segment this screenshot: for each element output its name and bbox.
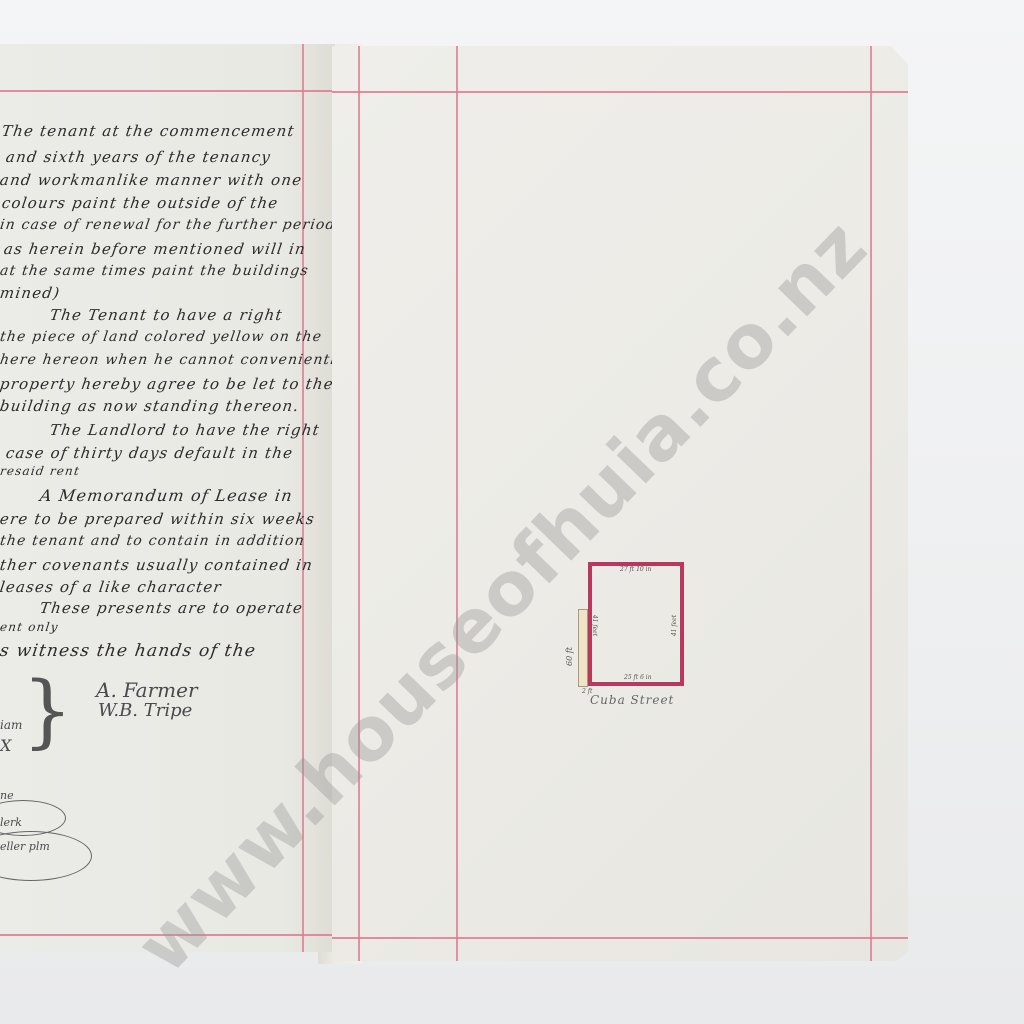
yellow-land-strip (578, 609, 588, 687)
text-line: building as now standing thereon. (0, 397, 301, 415)
text-line: at the same times paint the buildings (0, 263, 310, 279)
site-plan-outline (588, 562, 684, 686)
text-line: leases of a like character (0, 578, 223, 596)
text-line: s witness the hands of the (0, 641, 257, 661)
left-margin-rule (358, 46, 360, 961)
text-line: The tenant at the commencement (1, 122, 296, 140)
top-margin-rule (332, 91, 908, 93)
signature-farmer: A. Farmer (96, 678, 198, 702)
signature-oval (0, 831, 92, 881)
bottom-margin-rule (332, 937, 908, 939)
street-label: Cuba Street (590, 693, 674, 707)
text-line: and sixth years of the tenancy (5, 148, 273, 166)
plan-top-dimension: 27 ft 10 in (620, 566, 651, 573)
text-line: property hereby agree to be let to the (0, 375, 335, 393)
text-line: A Memorandum of Lease in (39, 486, 295, 505)
plan-bottom-dimension: 25 ft 6 in (624, 674, 652, 681)
text-line: The Landlord to have the right (49, 421, 322, 439)
text-line: ther covenants usually contained in (0, 556, 314, 574)
text-line: case of thirty days default in the (5, 444, 295, 462)
column-rule (456, 46, 458, 961)
plan-right-dimension: 41 feet (671, 615, 678, 636)
text-line: as herein before mentioned will in (3, 240, 307, 258)
text-line: These presents are to operate (39, 599, 305, 617)
text-line: the piece of land colored yellow on the (0, 329, 323, 345)
text-line: ent only (0, 620, 60, 634)
text-line: resaid rent (0, 464, 81, 478)
signature-tripe: W.B. Tripe (98, 700, 192, 721)
witness-mark: X (0, 736, 11, 755)
top-margin-rule (0, 90, 335, 92)
right-margin-rule (870, 46, 872, 961)
text-line: the tenant and to contain in addition (0, 533, 306, 549)
text-line: in case of renewal for the further perio… (0, 217, 337, 233)
text-line: mined) (0, 284, 61, 302)
text-line: The Tenant to have a right (49, 306, 284, 324)
text-line: ere to be prepared within six weeks (0, 510, 316, 528)
text-line: here hereon when he cannot conveniently (0, 352, 346, 368)
witness-fragment: iam (0, 718, 22, 732)
text-line: colours paint the outside of the (1, 194, 280, 212)
text-line: and workmanlike manner with one (0, 171, 304, 189)
plan-left-dimension: 41 feet (591, 615, 598, 636)
strip-width-label: 60 ft (565, 647, 574, 666)
signature-brace: } (22, 664, 73, 757)
